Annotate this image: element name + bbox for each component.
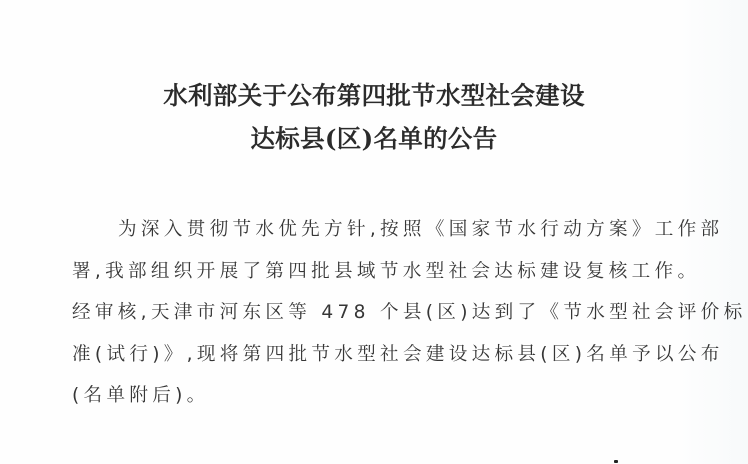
body-line-3: 经审核,天津市河东区等 478 个县(区)达到了《节水型社会评价标 — [72, 292, 672, 334]
body-line-2: 署,我部组织开展了第四批县域节水型社会达标建设复核工作。 — [72, 251, 672, 293]
scan-speck — [614, 460, 618, 463]
body-line-5: (名单附后)。 — [72, 375, 672, 417]
announcement-body: 为深入贯彻节水优先方针,按照《国家节水行动方案》工作部 署,我部组织开展了第四批… — [72, 209, 672, 417]
body-line-1: 为深入贯彻节水优先方针,按照《国家节水行动方案》工作部 — [72, 209, 672, 251]
announcement-title-line-2: 达标县(区)名单的公告 — [0, 124, 748, 154]
announcement-title-line-1: 水利部关于公布第四批节水型社会建设 — [0, 81, 748, 111]
document-page: 水利部关于公布第四批节水型社会建设 达标县(区)名单的公告 为深入贯彻节水优先方… — [0, 0, 748, 464]
body-line-4: 准(试行)》,现将第四批节水型社会建设达标县(区)名单予以公布 — [72, 334, 672, 376]
